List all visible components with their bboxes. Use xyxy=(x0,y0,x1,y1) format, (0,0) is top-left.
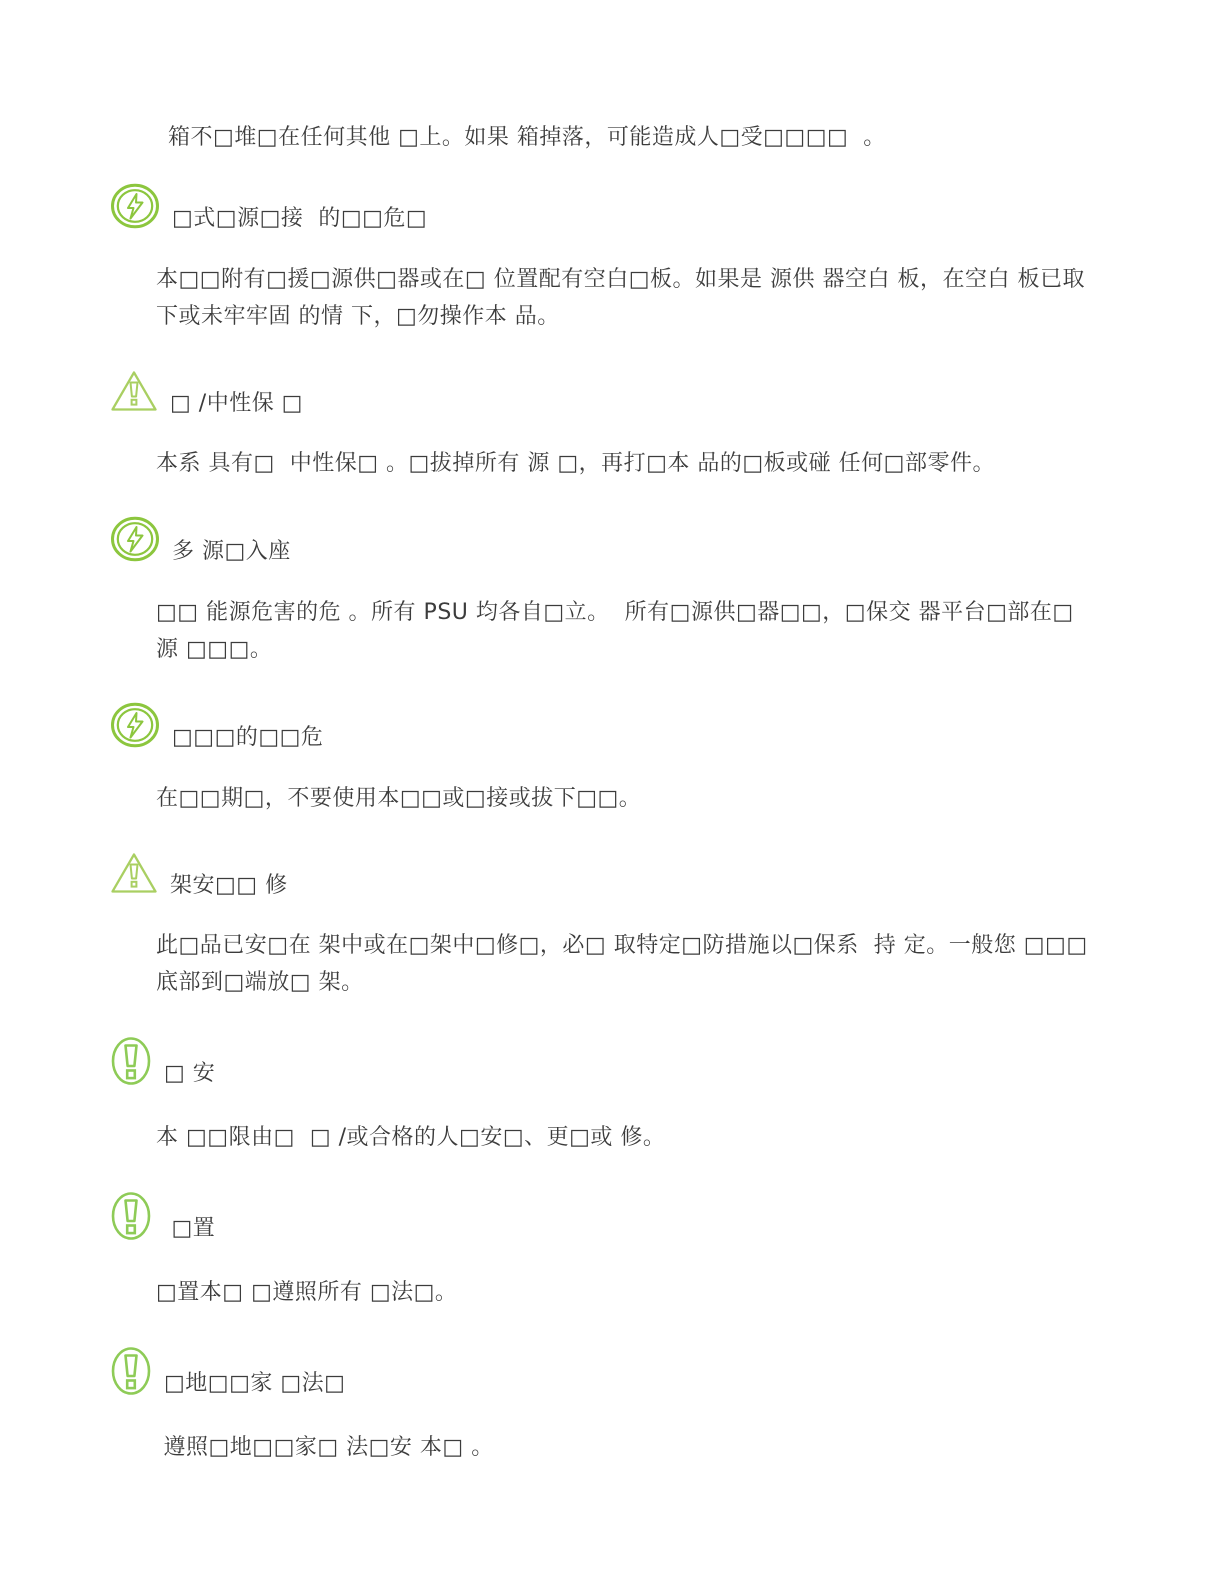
notice-body: 本 □□限由□ □ /或合格的人□安□、更□或 修。 xyxy=(156,1119,1096,1156)
notice-header: 多 源□入座 xyxy=(110,516,1096,562)
notice-body: 本□□附有□援□源供□器或在□ 位置配有空白□板。如果是 源供 器空白 板，在空… xyxy=(156,261,1096,335)
notice-icon-slot xyxy=(110,1190,152,1242)
warning-triangle-icon xyxy=(110,369,158,413)
notice-body: □置本□ □遵照所有 □法□。 xyxy=(156,1274,1096,1311)
notice-section: □地□□家 □法□ 遵照□地□□家□ 法□安 本□ 。 xyxy=(110,1345,1096,1466)
lightning-circle-icon xyxy=(110,183,160,229)
notice-header: 架安□□ 修 xyxy=(110,851,1096,895)
notice-header: □ 安 xyxy=(110,1035,1096,1087)
notice-header: □式□源□接 的□□危□ xyxy=(110,183,1096,229)
notice-header: □置 xyxy=(110,1190,1096,1242)
notice-body: □□ 能源危害的危 。所有 PSU 均各自□立。 所有□源供□器□□，□保交 器… xyxy=(156,594,1096,668)
notice-icon-slot xyxy=(110,516,160,562)
document-body: 箱不□堆□在任何其他 □上。如果 箱掉落，可能造成人□受□□□□ 。 □式□源□… xyxy=(0,0,1224,1466)
notice-icon-slot xyxy=(110,1345,152,1397)
notice-header: □□□的□□危 xyxy=(110,702,1096,748)
alert-circle-icon xyxy=(110,1345,152,1397)
notice-heading: □式□源□接 的□□危□ xyxy=(172,200,427,237)
notice-icon-slot xyxy=(110,369,158,413)
notice-heading: 架安□□ 修 xyxy=(170,867,288,904)
notice-section: □ /中性保 □ 本系 具有□ 中性保□ 。□拔掉所有 源 □，再打□本 品的□… xyxy=(110,369,1096,482)
intro-paragraph: 箱不□堆□在任何其他 □上。如果 箱掉落，可能造成人□受□□□□ 。 xyxy=(168,119,1096,156)
notice-body: 此□品已安□在 架中或在□架中□修□，必□ 取特定□防措施以□保系 持 定。一般… xyxy=(156,927,1096,1001)
lightning-circle-icon xyxy=(110,702,160,748)
notice-icon-slot xyxy=(110,702,160,748)
notice-icon-slot xyxy=(110,851,158,895)
alert-circle-icon xyxy=(110,1035,152,1087)
warning-triangle-icon xyxy=(110,851,158,895)
notice-section: 多 源□入座 □□ 能源危害的危 。所有 PSU 均各自□立。 所有□源供□器□… xyxy=(110,516,1096,668)
alert-circle-icon xyxy=(110,1190,152,1242)
notice-header: □ /中性保 □ xyxy=(110,369,1096,413)
notice-section: 架安□□ 修 此□品已安□在 架中或在□架中□修□，必□ 取特定□防措施以□保系… xyxy=(110,851,1096,1001)
notice-heading: □ 安 xyxy=(164,1055,215,1092)
notice-heading: □ /中性保 □ xyxy=(170,385,303,422)
notice-body: 在□□期□，不要使用本□□或□接或拔下□□。 xyxy=(156,780,1096,817)
notice-body: 遵照□地□□家□ 法□安 本□ 。 xyxy=(156,1429,1096,1466)
notice-section: □式□源□接 的□□危□ 本□□附有□援□源供□器或在□ 位置配有空白□板。如果… xyxy=(110,183,1096,335)
notice-heading: □置 xyxy=(164,1210,215,1247)
notice-body: 本系 具有□ 中性保□ 。□拔掉所有 源 □，再打□本 品的□板或碰 任何□部零… xyxy=(156,445,1096,482)
notice-section: □置 □置本□ □遵照所有 □法□。 xyxy=(110,1190,1096,1311)
notice-section: □ 安 本 □□限由□ □ /或合格的人□安□、更□或 修。 xyxy=(110,1035,1096,1156)
notice-icon-slot xyxy=(110,183,160,229)
notice-heading: 多 源□入座 xyxy=(172,533,291,570)
safety-document-page: { "page": { "background": "#ffffff", "te… xyxy=(0,0,1224,1584)
notice-icon-slot xyxy=(110,1035,152,1087)
lightning-circle-icon xyxy=(110,516,160,562)
notice-heading: □□□的□□危 xyxy=(172,719,323,756)
notice-header: □地□□家 □法□ xyxy=(110,1345,1096,1397)
notices-list: □式□源□接 的□□危□ 本□□附有□援□源供□器或在□ 位置配有空白□板。如果… xyxy=(110,183,1096,1466)
notice-heading: □地□□家 □法□ xyxy=(164,1365,345,1402)
notice-section: □□□的□□危 在□□期□，不要使用本□□或□接或拔下□□。 xyxy=(110,702,1096,817)
